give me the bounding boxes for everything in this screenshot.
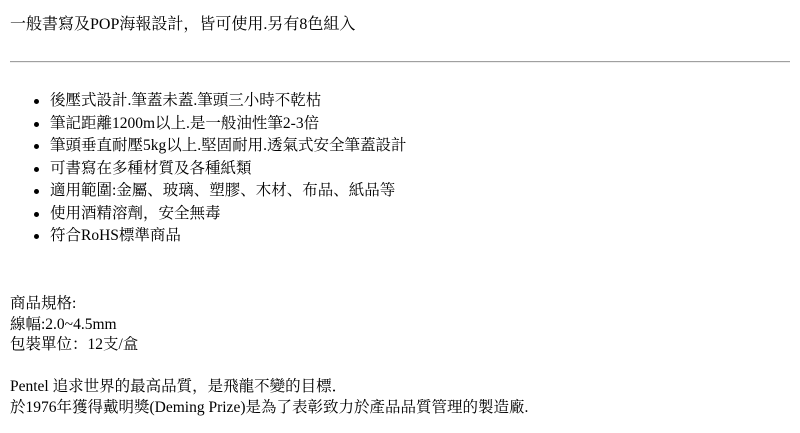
feature-item: 筆記距離1200m以上.是一般油性筆2-3倍 (0, 113, 407, 136)
spec-package-unit: 包裝單位：12支/盒 (10, 335, 138, 356)
feature-text: 筆記距離1200m以上.是一般油性筆2-3倍 (50, 115, 319, 132)
feature-item: 筆頭垂直耐壓5kg以上.堅固耐用.透氣式安全筆蓋設計 (0, 135, 407, 158)
bullet-icon (34, 144, 39, 149)
spec-line-width: 線幅:2.0~4.5mm (10, 315, 138, 336)
bullet-icon (34, 122, 39, 127)
product-specs: 商品規格: 線幅:2.0~4.5mm 包裝單位：12支/盒 (10, 294, 138, 356)
feature-item: 適用範圍:金屬、玻璃、塑膠、木材、布品、紙品等 (0, 180, 407, 203)
feature-text: 可書寫在多種材質及各種紙類 (50, 160, 252, 177)
feature-text: 後壓式設計.筆蓋未蓋.筆頭三小時不乾枯 (50, 92, 321, 109)
feature-text: 筆頭垂直耐壓5kg以上.堅固耐用.透氣式安全筆蓋設計 (50, 137, 407, 154)
bullet-icon (34, 234, 39, 239)
feature-text: 適用範圍:金屬、玻璃、塑膠、木材、布品、紙品等 (50, 182, 395, 199)
about-line-2: 於1976年獲得戴明獎(Deming Prize)是為了表彰致力於產品品質管理的… (10, 398, 528, 419)
feature-item: 後壓式設計.筆蓋未蓋.筆頭三小時不乾枯 (0, 90, 407, 113)
feature-text: 使用酒精溶劑，安全無毒 (50, 205, 221, 222)
feature-item: 使用酒精溶劑，安全無毒 (0, 203, 407, 226)
bullet-icon (34, 212, 39, 217)
about-line-1: Pentel 追求世界的最高品質，是飛龍不變的目標． (10, 377, 528, 398)
feature-text: 符合RoHS標準商品 (50, 227, 181, 244)
feature-list: 後壓式設計.筆蓋未蓋.筆頭三小時不乾枯 筆記距離1200m以上.是一般油性筆2-… (0, 90, 407, 248)
feature-item: 可書寫在多種材質及各種紙類 (0, 158, 407, 181)
specs-heading: 商品規格: (10, 294, 138, 315)
intro-text: 一般書寫及POP海報設計，皆可使用.另有8色組入 (10, 14, 355, 36)
feature-item: 符合RoHS標準商品 (0, 225, 407, 248)
bullet-icon (34, 189, 39, 194)
brand-about: Pentel 追求世界的最高品質，是飛龍不變的目標． 於1976年獲得戴明獎(D… (10, 377, 528, 419)
bullet-icon (34, 99, 39, 104)
horizontal-divider (10, 61, 790, 63)
bullet-icon (34, 167, 39, 172)
